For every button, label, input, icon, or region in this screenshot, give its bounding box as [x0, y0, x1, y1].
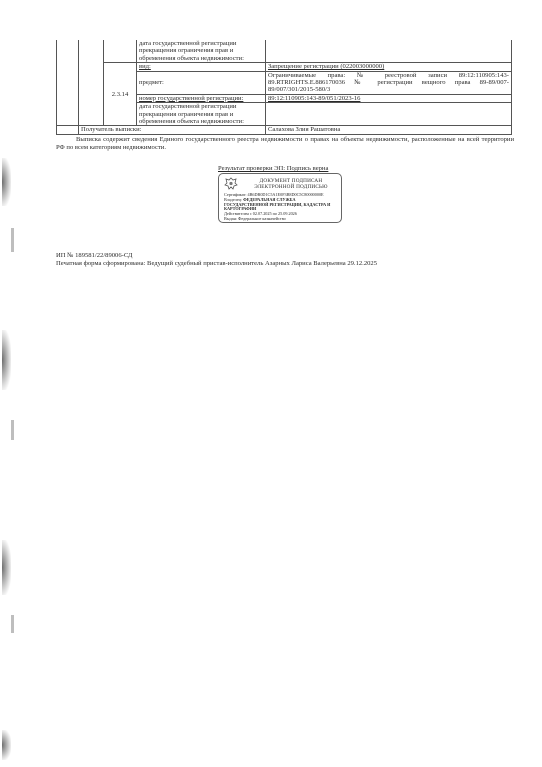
table-cell: [104, 40, 137, 63]
printed-by: Печатная форма сформирована: Ведущий суд…: [56, 260, 377, 268]
table-cell: [57, 40, 79, 126]
stamp-heading-line: ЭЛЕКТРОННОЙ ПОДПИСЬЮ: [249, 184, 333, 190]
section-number: 2.3.14: [104, 63, 137, 126]
row-label: дата государственной регистрации прекращ…: [137, 40, 266, 63]
scan-artifact: [11, 615, 14, 633]
row-label: вид:: [137, 63, 266, 71]
statement-paragraph: Выписка содержит сведения Единого госуда…: [56, 136, 514, 152]
table-row: дата государственной регистрации прекращ…: [57, 40, 512, 63]
registry-table: дата государственной регистрации прекращ…: [56, 40, 512, 135]
footer: ИП № 189581/22/89006-СД Печатная форма с…: [56, 252, 377, 268]
scan-artifact: [2, 330, 11, 390]
recipient-value: Салахова Злия Рашатовна: [266, 126, 512, 134]
signature-check-result: Результат проверки ЭП: Подпись верна: [218, 165, 328, 172]
table-cell: [57, 126, 79, 134]
table-row: Получатель выписки: Салахова Злия Рашато…: [57, 126, 512, 134]
issuer-line: Выдан: Федеральное казначейство: [224, 217, 338, 222]
table-cell: [79, 40, 104, 126]
row-value: [266, 40, 512, 63]
table-row: 2.3.14 вид: Запрещение регистрации (0220…: [57, 63, 512, 71]
scan-artifact: [11, 420, 14, 440]
row-value: Ограничиваемые права: № реестровой запис…: [266, 71, 512, 94]
row-label: дата государственной регистрации прекращ…: [137, 103, 266, 126]
row-value: [266, 103, 512, 126]
scan-artifact: [2, 158, 11, 206]
owner-line: Владелец: ФЕДЕРАЛЬНАЯ СЛУЖБА ГОСУДАРСТВЕ…: [224, 198, 338, 212]
electronic-signature-stamp: ДОКУМЕНТ ПОДПИСАН ЭЛЕКТРОННОЙ ПОДПИСЬЮ С…: [218, 173, 342, 223]
stamp-details: Сертификат: 4B6DB0D1C5A1E0F3B8D0C5C80000…: [224, 193, 338, 222]
recipient-label: Получатель выписки:: [79, 126, 266, 134]
row-value: 89:12:110905:143-89/051/2023-16: [266, 94, 512, 102]
row-label: номер государственной регистрации:: [137, 94, 266, 102]
row-label: предмет:: [137, 71, 266, 94]
scan-artifact: [2, 540, 11, 595]
scan-artifact: [2, 730, 11, 760]
stamp-heading: ДОКУМЕНТ ПОДПИСАН ЭЛЕКТРОННОЙ ПОДПИСЬЮ: [249, 178, 333, 190]
case-number: ИП № 189581/22/89006-СД: [56, 252, 377, 260]
scan-artifact: [11, 228, 14, 252]
coat-of-arms-icon: [224, 177, 238, 190]
row-value: Запрещение регистрации (022003000000): [266, 63, 512, 71]
